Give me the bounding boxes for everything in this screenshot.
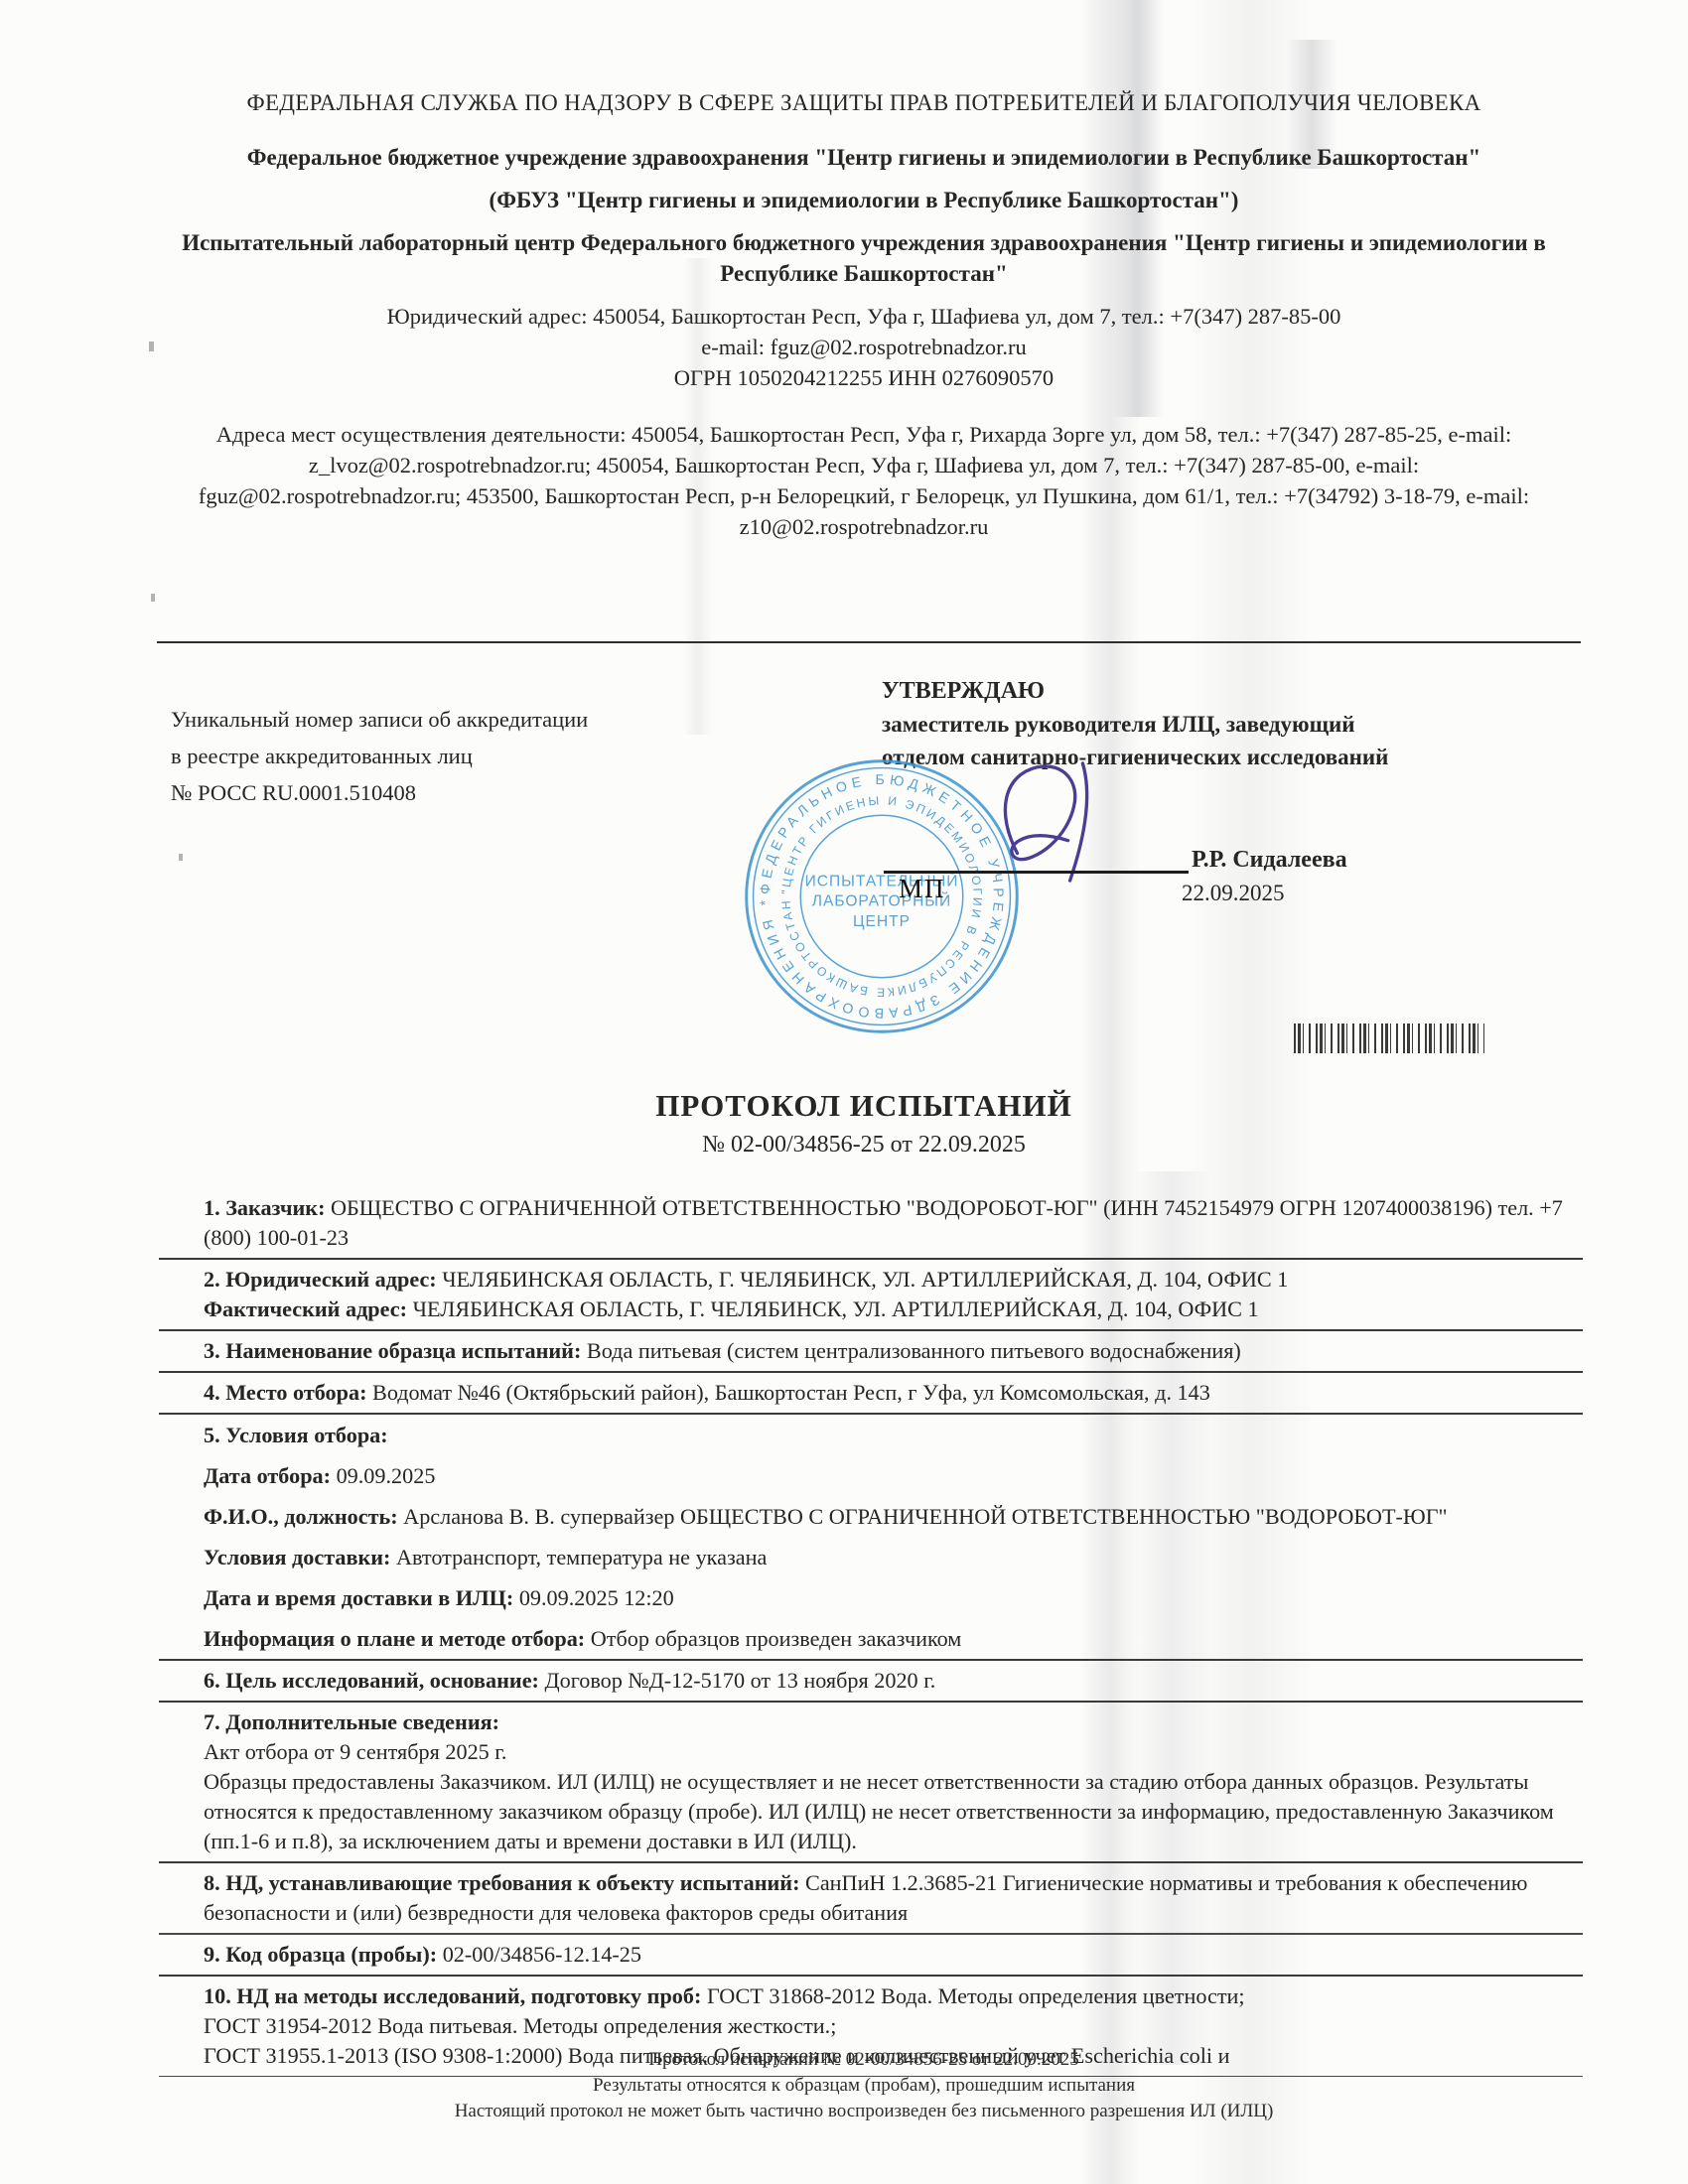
field-value: 02-00/34856-12.14-25	[437, 1942, 641, 1967]
field-sampler-name: Ф.И.О., должность: Арсланова В. В. супер…	[204, 1502, 1584, 1532]
field-label: Ф.И.О., должность:	[204, 1504, 398, 1529]
footer-protocol-number: Протокол испытаний № 02-00/34856-25 от 2…	[169, 2047, 1559, 2073]
divider	[159, 1933, 1583, 1935]
approval-date: 22.09.2025	[1182, 881, 1285, 906]
lab-center-name: Испытательный лабораторный центр Федерал…	[169, 227, 1559, 289]
legal-address: Юридический адрес: 450054, Башкортостан …	[169, 301, 1559, 332]
header-divider	[157, 641, 1581, 643]
field-value: 09.09.2025 12:20	[513, 1585, 673, 1610]
field-label: 9. Код образца (пробы):	[204, 1942, 437, 1967]
field-value: ЧЕЛЯБИНСКАЯ ОБЛАСТЬ, Г. ЧЕЛЯБИНСК, УЛ. А…	[407, 1297, 1259, 1321]
field-label: 7. Дополнительные сведения:	[204, 1709, 499, 1734]
field-label: Информация о плане и методе отбора:	[204, 1626, 585, 1651]
test-method-gost: ГОСТ 31954-2012 Вода питьевая. Методы оп…	[204, 2011, 1584, 2041]
divider	[159, 1975, 1583, 1977]
section-sampling-conditions: 5. Условия отбора:	[204, 1421, 1584, 1450]
field-label: 1. Заказчик:	[204, 1195, 325, 1220]
field-value: ОБЩЕСТВО С ОГРАНИЧЕННОЙ ОТВЕТСТВЕННОСТЬЮ…	[204, 1195, 1563, 1250]
seal-placeholder-mp: МП	[899, 874, 946, 904]
additional-info-act: Акт отбора от 9 сентября 2025 г.	[204, 1737, 1584, 1767]
signature	[988, 757, 1105, 887]
document-title: ПРОТОКОЛ ИСПЫТАНИЙ	[169, 1088, 1559, 1124]
field-value: Акт отбора от 9 сентября 2025 г.	[204, 1739, 506, 1764]
email-line: e-mail: fguz@02.rospotrebnadzor.ru	[169, 332, 1559, 362]
document-title-block: ПРОТОКОЛ ИСПЫТАНИЙ № 02-00/34856-25 от 2…	[169, 1088, 1559, 1159]
field-label: 4. Место отбора:	[204, 1380, 366, 1405]
round-stamp: ФЕДЕРАЛЬНОЕ БЮДЖЕТНОЕ УЧРЕЖДЕНИЕ ЗДРАВОО…	[737, 751, 1027, 1041]
section-additional-info: 7. Дополнительные сведения:	[204, 1707, 1584, 1737]
organization-name: Федеральное бюджетное учреждение здравоо…	[169, 142, 1559, 173]
field-value: ГОСТ 31868-2012 Вода. Методы определения…	[701, 1983, 1244, 2008]
document-number: № 02-00/34856-25 от 22.09.2025	[169, 1132, 1559, 1159]
field-value: ЧЕЛЯБИНСКАЯ ОБЛАСТЬ, Г. ЧЕЛЯБИНСК, УЛ. А…	[437, 1267, 1289, 1292]
ogrn-inn-line: ОГРН 1050204212255 ИНН 0276090570	[169, 362, 1559, 393]
agency-name: ФЕДЕРАЛЬНАЯ СЛУЖБА ПО НАДЗОРУ В СФЕРЕ ЗА…	[169, 87, 1559, 118]
divider	[159, 1659, 1583, 1661]
letterhead: ФЕДЕРАЛЬНАЯ СЛУЖБА ПО НАДЗОРУ В СФЕРЕ ЗА…	[169, 87, 1559, 542]
stamp-center-line3: ЦЕНТР	[853, 913, 911, 930]
divider	[159, 1701, 1583, 1703]
field-value: Отбор образцов произведен заказчиком	[585, 1626, 961, 1651]
organization-abbr: (ФБУЗ "Центр гигиены и эпидемиологии в Р…	[169, 185, 1559, 215]
divider	[159, 1258, 1583, 1260]
field-test-methods: 10. НД на методы исследований, подготовк…	[204, 1981, 1584, 2011]
activity-addresses: Адреса мест осуществления деятельности: …	[197, 419, 1532, 542]
field-label: 5. Условия отбора:	[204, 1423, 388, 1447]
field-label: Дата отбора:	[204, 1463, 331, 1488]
field-value: Образцы предоставлены Заказчиком. ИЛ (ИЛ…	[204, 1769, 1554, 1853]
field-value: ГОСТ 31954-2012 Вода питьевая. Методы оп…	[204, 2013, 836, 2038]
field-sample-code: 9. Код образца (пробы): 02-00/34856-12.1…	[204, 1940, 1584, 1970]
field-research-purpose: 6. Цель исследований, основание: Договор…	[204, 1666, 1584, 1696]
field-sampling-plan-info: Информация о плане и методе отбора: Отбо…	[204, 1624, 1584, 1654]
field-value: 09.09.2025	[331, 1463, 435, 1488]
field-value: Договор №Д-12-5170 от 13 ноября 2020 г.	[539, 1668, 935, 1693]
field-sample-name: 3. Наименование образца испытаний: Вода …	[204, 1336, 1584, 1366]
field-label: 10. НД на методы исследований, подготовк…	[204, 1983, 701, 2008]
divider	[159, 1329, 1583, 1331]
field-value: Арсланова В. В. супервайзер ОБЩЕСТВО С О…	[398, 1504, 1448, 1529]
accreditation-block: Уникальный номер записи об аккредитации …	[171, 701, 588, 811]
field-sampling-date: Дата отбора: 09.09.2025	[204, 1461, 1584, 1491]
page-footer: Протокол испытаний № 02-00/34856-25 от 2…	[169, 2047, 1559, 2124]
additional-info-disclaimer: Образцы предоставлены Заказчиком. ИЛ (ИЛ…	[204, 1767, 1584, 1856]
field-label: 2. Юридический адрес:	[204, 1267, 437, 1292]
field-label: Дата и время доставки в ИЛЦ:	[204, 1585, 513, 1610]
approver-position: заместитель руководителя ИЛЦ, заведующий	[882, 708, 1388, 741]
field-delivery-conditions: Условия доставки: Автотранспорт, темпера…	[204, 1543, 1584, 1572]
approval-title: УТВЕРЖДАЮ	[882, 675, 1388, 708]
field-label: 6. Цель исследований, основание:	[204, 1668, 539, 1693]
scan-speck	[149, 341, 154, 351]
divider	[159, 1371, 1583, 1373]
accreditation-number: № РОСС RU.0001.510408	[171, 774, 588, 811]
field-customer: 1. Заказчик: ОБЩЕСТВО С ОГРАНИЧЕННОЙ ОТВ…	[204, 1193, 1584, 1253]
field-label: Фактический адрес:	[204, 1297, 407, 1321]
signer-name: Р.Р. Сидалеева	[1192, 847, 1347, 874]
scan-speck	[179, 854, 183, 861]
field-actual-address: Фактический адрес: ЧЕЛЯБИНСКАЯ ОБЛАСТЬ, …	[204, 1295, 1584, 1324]
accreditation-line: Уникальный номер записи об аккредитации	[171, 701, 588, 738]
field-label: Условия доставки:	[204, 1545, 390, 1570]
field-regulatory-requirements: 8. НД, устанавливающие требования к объе…	[204, 1868, 1584, 1928]
protocol-body: 1. Заказчик: ОБЩЕСТВО С ОГРАНИЧЕННОЙ ОТВ…	[204, 1193, 1584, 2082]
field-label: 8. НД, устанавливающие требования к объе…	[204, 1870, 799, 1895]
accreditation-line: в реестре аккредитованных лиц	[171, 738, 588, 774]
footer-results-note: Результаты относятся к образцам (пробам)…	[169, 2073, 1559, 2099]
field-legal-address: 2. Юридический адрес: ЧЕЛЯБИНСКАЯ ОБЛАСТ…	[204, 1265, 1584, 1295]
field-value: Вода питьевая (систем централизованного …	[581, 1338, 1240, 1363]
field-label: 3. Наименование образца испытаний:	[204, 1338, 581, 1363]
field-delivery-datetime: Дата и время доставки в ИЛЦ: 09.09.2025 …	[204, 1583, 1584, 1613]
divider	[159, 1861, 1583, 1863]
scanned-protocol-page: ФЕДЕРАЛЬНАЯ СЛУЖБА ПО НАДЗОРУ В СФЕРЕ ЗА…	[0, 0, 1688, 2184]
field-value: Автотранспорт, температура не указана	[390, 1545, 767, 1570]
footer-reproduction-note: Настоящий протокол не может быть частичн…	[169, 2099, 1559, 2124]
scan-speck	[151, 594, 155, 602]
barcode	[1294, 1024, 1484, 1053]
divider	[159, 1413, 1583, 1415]
field-value: Водомат №46 (Октябрьский район), Башкорт…	[366, 1380, 1209, 1405]
field-sampling-place: 4. Место отбора: Водомат №46 (Октябрьски…	[204, 1378, 1584, 1408]
